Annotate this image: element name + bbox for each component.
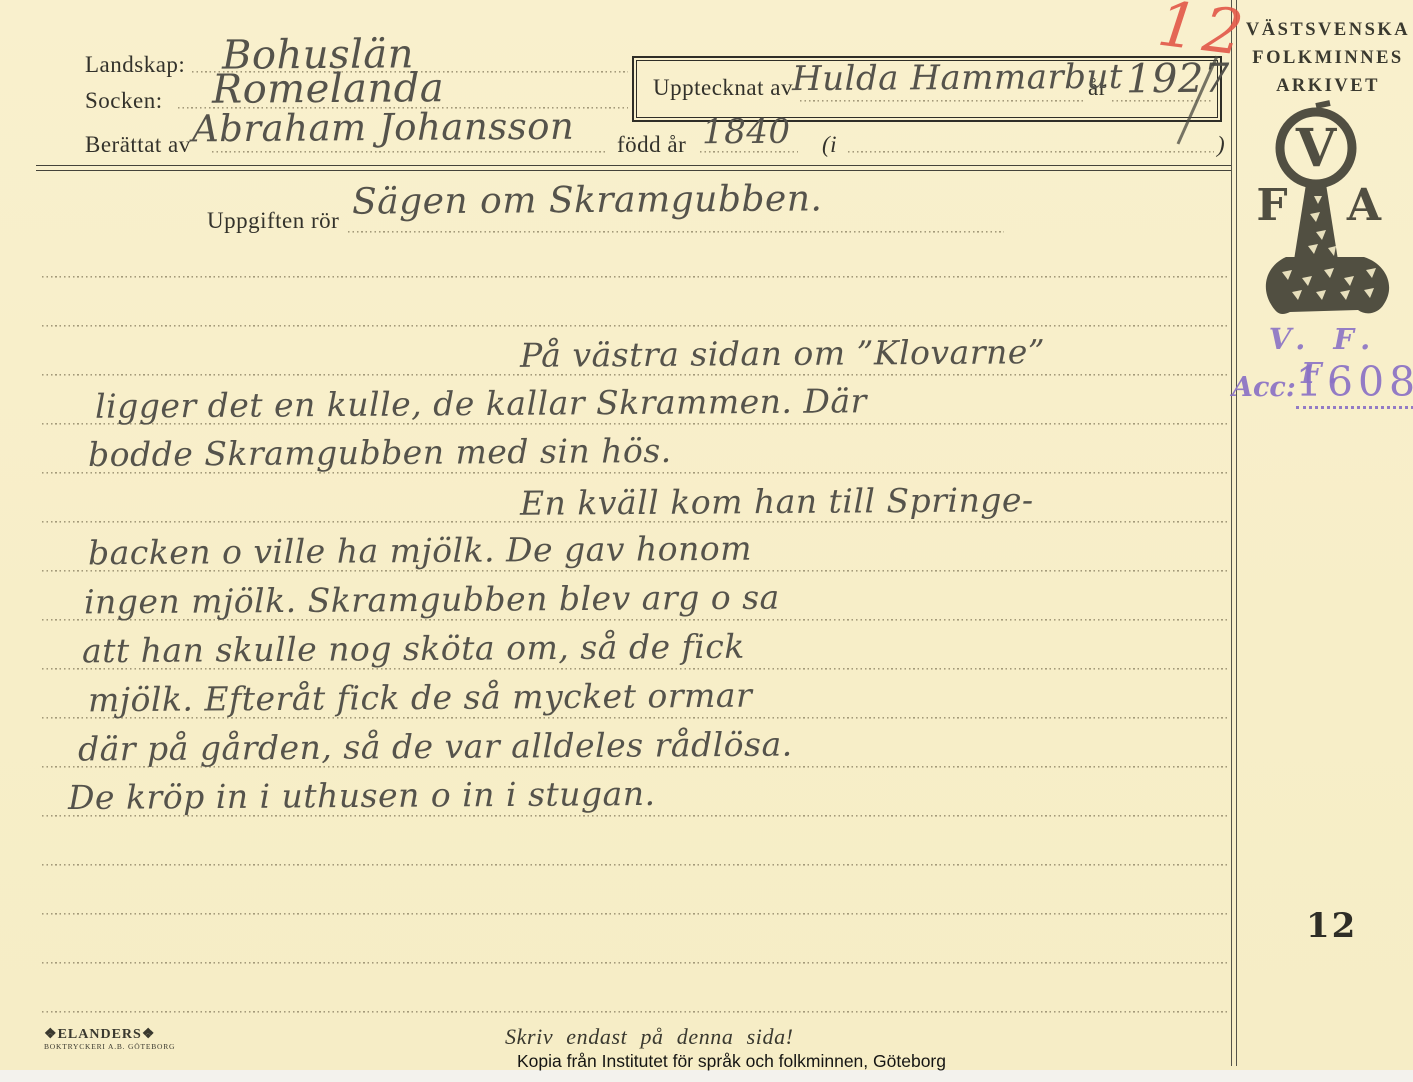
archive-record-card: Landskap: Socken: Berättat av född år (i… — [0, 0, 1413, 1082]
body-line: ligger det en kulle, de kallar Skrammen.… — [95, 381, 867, 425]
subject-label: Uppgiften rör — [207, 208, 339, 234]
upptecknat-label: Upptecknat av — [653, 75, 793, 101]
socken-label: Socken: — [85, 88, 163, 114]
body-line: bodde Skramgubben med sin hös. — [88, 431, 672, 474]
ruled-line — [42, 961, 1230, 964]
ruled-line — [42, 912, 1230, 915]
acc-label: Acc: — [1232, 372, 1296, 403]
body-line: backen o ville ha mjölk. De gav honom — [88, 529, 752, 573]
berattat-label: Berättat av — [85, 132, 191, 158]
birthplace-dotted-line — [848, 150, 1214, 153]
body-line: ingen mjölk. Skramgubben blev arg o sa — [84, 578, 780, 622]
thors-hammer-stamp-logo: V F A — [1246, 100, 1410, 320]
printer-imprint: ❖ELANDERS❖ BOKTRYCKERI A.B. GÖTEBORG — [44, 1026, 175, 1051]
logo-letter-f: F — [1256, 180, 1287, 231]
fodd-handwriting: 1840 — [702, 112, 791, 153]
archive-name-line3: ARKIVET — [1243, 72, 1413, 100]
hammer-loop-tick — [1316, 103, 1330, 106]
berattat-dotted-line — [212, 150, 608, 153]
accession-stamp: Acc:1608 — [1232, 358, 1413, 406]
header-separator-rule — [36, 165, 1232, 171]
fodd-label: född år — [617, 132, 686, 158]
ruled-line — [42, 324, 1230, 327]
archive-name-line2: FOLKMINNES — [1243, 44, 1413, 72]
red-crayon-number: 12 — [1154, 0, 1253, 70]
archive-name-line1: VÄSTSVENSKA — [1243, 16, 1413, 44]
upptecknat-handwriting: Hulda Hammarbut — [792, 57, 1123, 99]
body-line: På västra sidan om ”Klovarne” — [520, 332, 1045, 375]
paren-open-label: (i — [822, 132, 837, 158]
hammer-head — [1266, 257, 1389, 314]
page-number: 12 — [1306, 906, 1357, 946]
subject-dotted-line — [348, 230, 1004, 233]
body-line: mjölk. Efteråt fick de så mycket ormar — [88, 676, 753, 720]
body-line: De kröp in i uthusen o in i stugan. — [68, 774, 656, 817]
printer-name: ❖ELANDERS❖ — [44, 1026, 175, 1043]
acc-number: 1608 — [1296, 358, 1413, 409]
ruled-line — [42, 1010, 1230, 1013]
right-margin-rule — [1231, 0, 1237, 1066]
body-line: En kväll kom han till Springe- — [520, 480, 1034, 523]
ruled-line — [42, 275, 1230, 278]
ruled-line — [42, 863, 1230, 866]
logo-letter-a: A — [1346, 180, 1382, 231]
body-line: där på gården, så de var alldeles rådlös… — [78, 725, 793, 769]
paren-close-label: ) — [1217, 132, 1225, 158]
logo-letter-v: V — [1295, 118, 1338, 179]
printer-subtitle: BOKTRYCKERI A.B. GÖTEBORG — [44, 1042, 175, 1051]
archive-name: VÄSTSVENSKA FOLKMINNES ARKIVET — [1243, 16, 1413, 100]
write-only-this-side-note: Skriv endast på denna sida! — [505, 1024, 794, 1050]
body-line: att han skulle nog sköta om, så de fick — [82, 627, 745, 671]
subject-handwriting: Sägen om Skramgubben. — [352, 178, 823, 222]
copy-source-note: Kopia från Institutet för språk och folk… — [517, 1051, 946, 1072]
upptecknat-dotted-line — [800, 99, 1084, 102]
berattat-handwriting: Abraham Johansson — [192, 105, 575, 151]
landskap-label: Landskap: — [85, 52, 185, 78]
